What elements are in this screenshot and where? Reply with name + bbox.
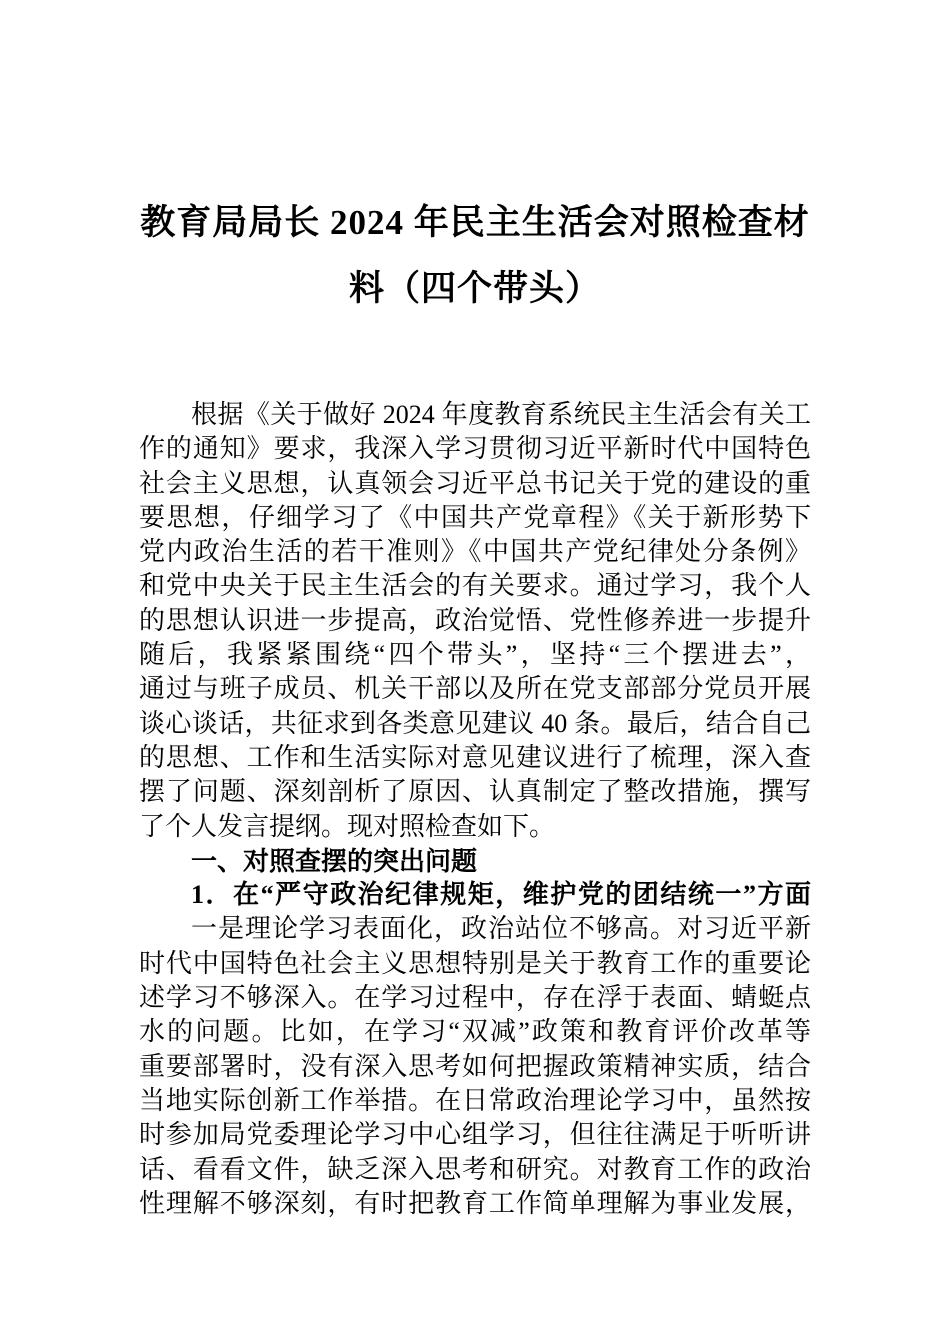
body-text-line: 了个人发言提纲。现对照检查如下。 bbox=[139, 810, 811, 844]
body-text-line: 通过与班子成员、机关干部以及所在党支部部分党员开展 bbox=[139, 672, 811, 706]
body-text-line: 摆了问题、深刻剖析了原因、认真制定了整改措施，撰写 bbox=[139, 775, 811, 809]
body-text-line: 党内政治生活的若干准则》《中国共产党纪律处分条例》 bbox=[139, 535, 811, 569]
body-text-line: 的思想认识进一步提高，政治觉悟、党性修养进一步提升 bbox=[139, 604, 811, 638]
body-text-line: 社会主义思想，认真领会习近平总书记关于党的建设的重 bbox=[139, 467, 811, 501]
body-text-line: 当地实际创新工作举措。在日常政治理论学习中，虽然按 bbox=[139, 1084, 811, 1118]
body-text-line: 述学习不够深入。在学习过程中，存在浮于表面、蜻蜓点 bbox=[139, 981, 811, 1015]
body-text-line: 作的通知》要求，我深入学习贯彻习近平新时代中国特色 bbox=[139, 432, 811, 466]
subsection-heading: 1．在“严守政治纪律规矩，维护党的团结统一”方面 bbox=[139, 878, 811, 912]
body-text-line: 随后，我紧紧围绕“四个带头”，坚持“三个摆进去”， bbox=[139, 638, 811, 672]
body-text-line: 重要部署时，没有深入思考如何把握政策精神实质，结合 bbox=[139, 1050, 811, 1084]
document-page: 教育局局长 2024 年民主生活会对照检查材 料（四个带头） 根据《关于做好 2… bbox=[0, 0, 950, 1344]
document-body: 根据《关于做好 2024 年度教育系统民主生活会有关工作的通知》要求，我深入学习… bbox=[139, 398, 811, 1221]
document-title-line-2: 料（四个带头） bbox=[0, 256, 950, 322]
body-text-line: 的思想、工作和生活实际对意见建议进行了梳理，深入查 bbox=[139, 741, 811, 775]
body-text-line: 要思想，仔细学习了《中国共产党章程》《关于新形势下 bbox=[139, 501, 811, 535]
body-text-line: 水的问题。比如，在学习“双减”政策和教育评价改革等 bbox=[139, 1015, 811, 1049]
body-text-line: 时代中国特色社会主义思想特别是关于教育工作的重要论 bbox=[139, 947, 811, 981]
document-title-line-1: 教育局局长 2024 年民主生活会对照检查材 bbox=[0, 190, 950, 256]
body-text-line: 根据《关于做好 2024 年度教育系统民主生活会有关工 bbox=[139, 398, 811, 432]
document-title: 教育局局长 2024 年民主生活会对照检查材 料（四个带头） bbox=[0, 0, 950, 322]
body-text-line: 话、看看文件，缺乏深入思考和研究。对教育工作的政治 bbox=[139, 1153, 811, 1187]
body-text-line: 时参加局党委理论学习中心组学习，但往往满足于听听讲 bbox=[139, 1118, 811, 1152]
body-text-line: 谈心谈话，共征求到各类意见建议 40 条。最后，结合自己 bbox=[139, 707, 811, 741]
section-heading: 一、对照查摆的突出问题 bbox=[139, 844, 811, 878]
body-text-line: 一是理论学习表面化，政治站位不够高。对习近平新 bbox=[139, 912, 811, 946]
body-text-line: 性理解不够深刻，有时把教育工作简单理解为事业发展， bbox=[139, 1187, 811, 1221]
body-text-line: 和党中央关于民主生活会的有关要求。通过学习，我个人 bbox=[139, 569, 811, 603]
